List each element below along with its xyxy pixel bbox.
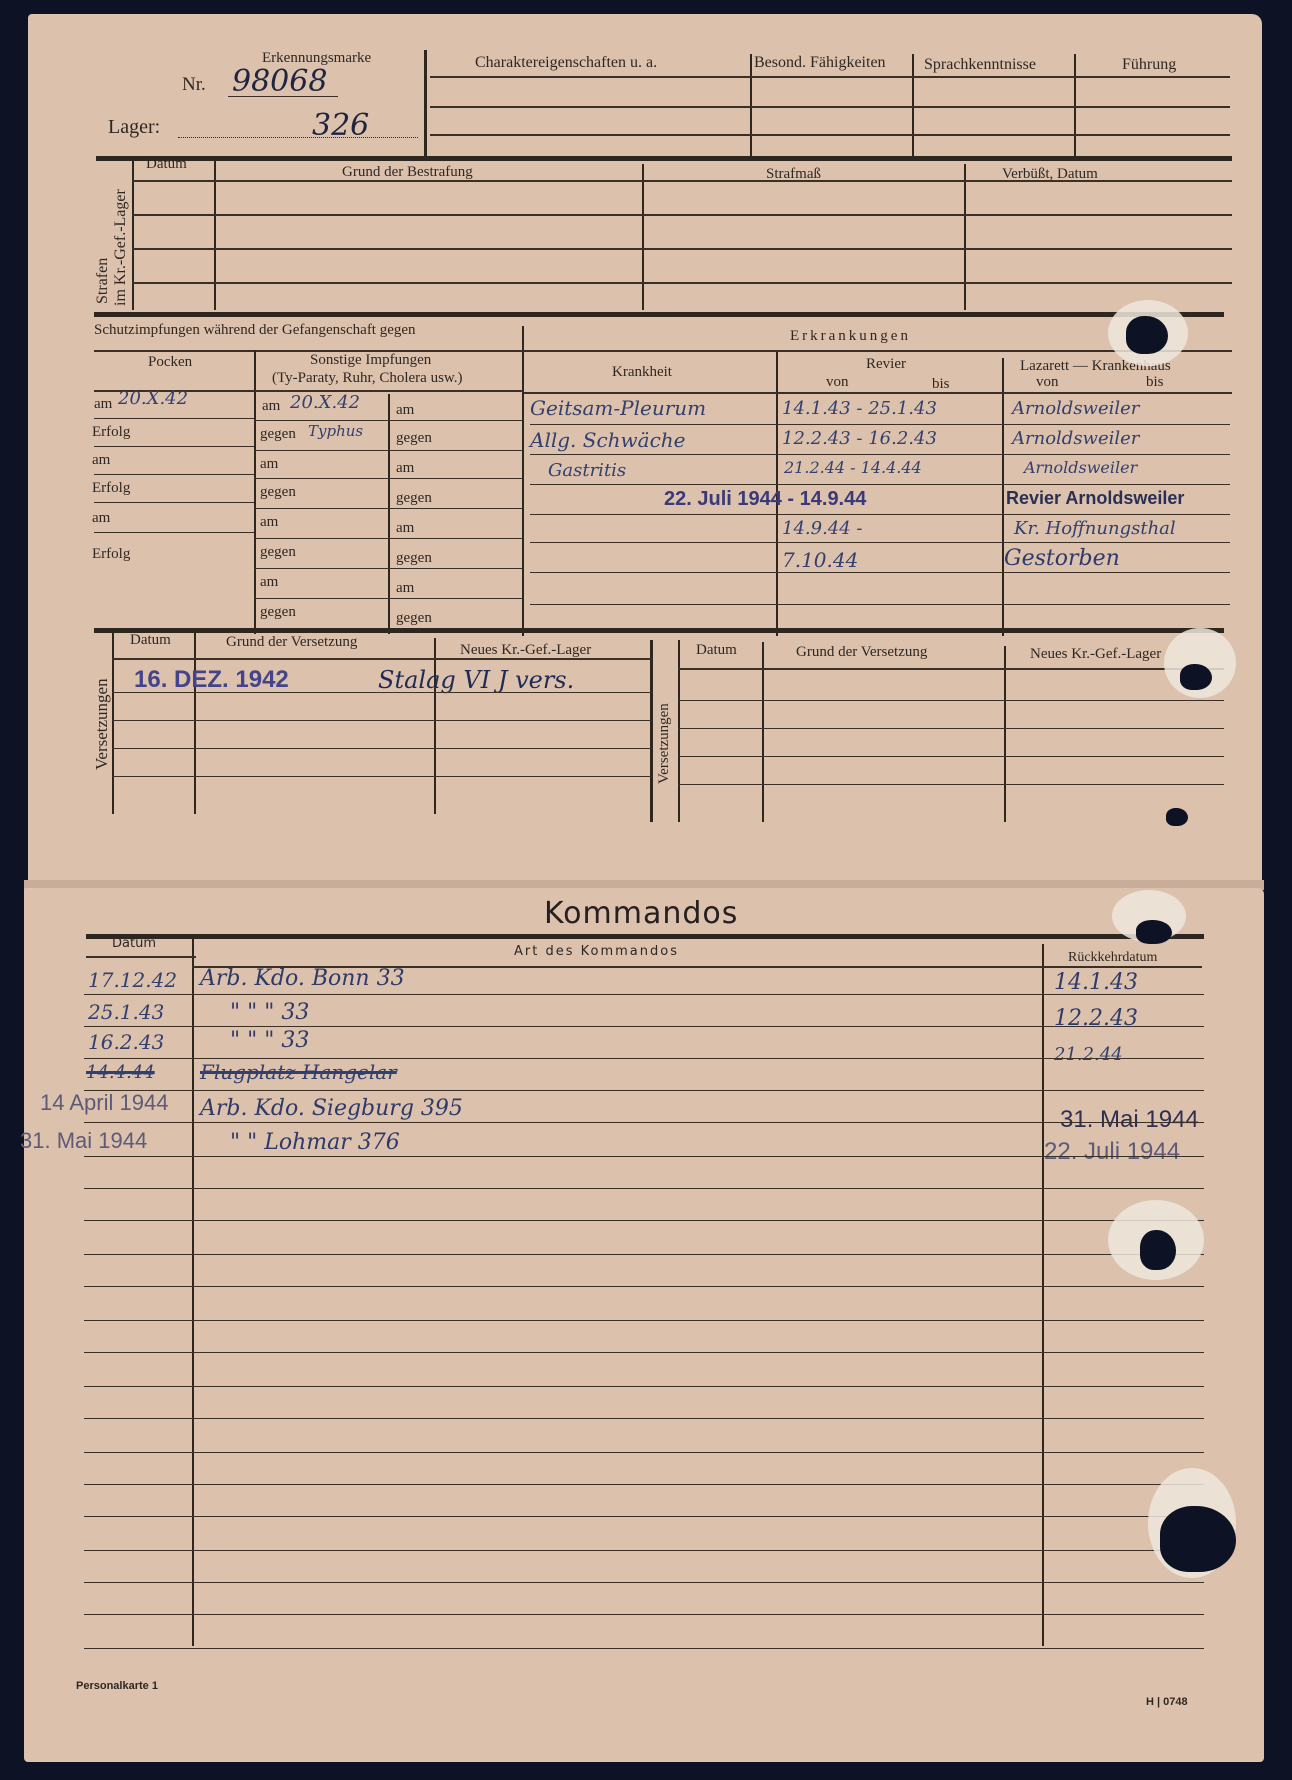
rule — [678, 668, 1224, 670]
rule — [84, 1516, 1204, 1517]
punch-hole — [1180, 664, 1212, 690]
footer-personalkarte: Personalkarte 1 — [76, 1680, 158, 1692]
rule — [84, 1418, 1204, 1419]
kommando-2-datum: 25.1.43 — [88, 1000, 164, 1024]
col-faehigkeiten: Besond. Fähigkeiten — [754, 54, 886, 72]
kommando-5-rueckkehr-stamp: 31. Mai 1944 — [1060, 1106, 1199, 1134]
rule — [530, 424, 1230, 425]
pocken-am-3: am — [92, 510, 110, 527]
vers-right-grund: Grund der Versetzung — [796, 644, 927, 661]
col-fuehrung: Führung — [1122, 56, 1176, 74]
punch-hole — [1160, 1506, 1236, 1572]
vers-left-grund: Grund der Versetzung — [226, 634, 357, 651]
strafen-col-datum: Datum — [146, 156, 187, 173]
col-charakter: Charaktereigenschaften u. a. — [475, 54, 657, 72]
nr-value: 98068 — [232, 64, 327, 99]
sonstige1-am-4: am — [260, 574, 278, 591]
col-divider — [642, 164, 644, 310]
kommando-1-art: Arb. Kdo. Bonn 33 — [200, 966, 405, 991]
kommando-6-rueckkehr-stamp: 22. Juli 1944 — [1044, 1138, 1180, 1166]
rule — [84, 1254, 1204, 1255]
col-divider — [1004, 646, 1006, 822]
rule — [84, 1320, 1204, 1321]
krankheit-1: Geitsam-Pleurum — [530, 396, 706, 420]
rule — [254, 450, 522, 451]
rule — [84, 994, 1204, 995]
rule — [84, 1026, 1204, 1027]
vers-left-datum: Datum — [130, 632, 171, 649]
punch-hole — [1140, 1230, 1176, 1270]
versetzungen-side-right: Versetzungen — [656, 703, 673, 784]
sonstige1-am-3: am — [260, 514, 278, 531]
vers-left-datum-value: 16. DEZ. 1942 — [134, 666, 289, 694]
revier-6: 7.10.44 — [782, 548, 858, 572]
rule — [254, 538, 522, 539]
rule — [430, 106, 1230, 108]
col-sprachkenntnisse: Sprachkenntnisse — [924, 56, 1036, 74]
lager-dotted-line — [178, 137, 418, 138]
rule — [94, 532, 254, 533]
rule — [84, 1352, 1204, 1353]
nr-label: Nr. — [182, 74, 206, 96]
lager-label: Lager: — [108, 116, 160, 139]
rule — [530, 572, 1230, 573]
col-divider — [650, 640, 653, 822]
rule — [530, 484, 1230, 485]
col-divider — [214, 160, 216, 310]
strafen-side-label-2: im Kr.-Gef.-Lager — [112, 189, 130, 306]
kommandos-title: Kommandos — [544, 896, 738, 931]
lazarett-5: Kr. Hoffnungsthal — [1014, 518, 1176, 539]
pocken-am-1-value: 20.X.42 — [118, 388, 188, 409]
rule — [94, 350, 524, 352]
rule — [530, 514, 1230, 515]
col-divider — [964, 164, 966, 310]
rule — [94, 418, 254, 419]
rule — [84, 1386, 1204, 1387]
nr-underline — [228, 96, 338, 97]
rule — [530, 604, 1230, 605]
rule — [94, 446, 254, 447]
lazarett-3: Arnoldsweiler — [1024, 458, 1137, 477]
revier-4-stamp: 22. Juli 1944 - 14.9.44 — [664, 488, 866, 511]
rule — [84, 1188, 1204, 1189]
rule — [84, 1452, 1204, 1453]
sonstige1-am-1-value: 20.X.42 — [290, 392, 360, 413]
kommandos-art-header: Art des Kommandos — [514, 944, 679, 959]
rule — [430, 76, 1230, 78]
sonstige2-am-1: am — [396, 402, 414, 419]
revier-5: 14.9.44 - — [782, 518, 863, 539]
col-divider — [132, 160, 134, 310]
rule — [84, 1220, 1204, 1221]
lazarett-4-stamp: Revier Arnoldsweiler — [1006, 488, 1184, 509]
kommando-3-rueckkehr: 21.2.44 — [1054, 1044, 1123, 1065]
col-divider — [522, 326, 524, 636]
rule — [254, 508, 522, 509]
section-rule — [96, 156, 1232, 161]
rule — [84, 1614, 1204, 1615]
col-divider — [254, 350, 256, 634]
rule — [84, 1090, 1204, 1091]
kommando-4-datum-struck: 14.4.44 — [86, 1062, 155, 1083]
punch-hole — [1166, 808, 1188, 826]
punch-hole — [1136, 920, 1172, 944]
lazarett-bis: bis — [1146, 374, 1164, 391]
col-divider — [1074, 54, 1076, 156]
rule — [132, 180, 1232, 182]
rule — [254, 568, 522, 569]
sonstige2-gegen-3: gegen — [396, 550, 432, 567]
revier-header: Revier — [866, 356, 906, 373]
rule — [678, 700, 1224, 701]
section-rule — [94, 312, 1224, 317]
kommando-3-art: " " " 33 — [230, 1028, 309, 1053]
revier-von: von — [826, 374, 849, 391]
sonstige1-gegen-3: gegen — [260, 544, 296, 561]
col-divider — [192, 936, 194, 1646]
rule — [112, 658, 652, 660]
vers-left-lager-value: Stalag VI J vers. — [378, 666, 574, 694]
kommando-1-datum: 17.12.42 — [88, 968, 177, 992]
lager-value: 326 — [312, 108, 369, 143]
header-divider — [424, 50, 427, 156]
revier-2: 12.2.43 - 16.2.43 — [782, 428, 937, 449]
kommandos-datum-header: Datum — [112, 936, 156, 951]
col-divider — [750, 54, 752, 156]
sonstige1-gegen-2: gegen — [260, 484, 296, 501]
rule — [84, 1122, 1204, 1123]
rule — [524, 392, 1232, 394]
kommando-2-art: " " " 33 — [230, 1000, 309, 1025]
kommando-4-art-struck: Flugplatz Hangelar — [200, 1060, 397, 1084]
rule — [530, 542, 1230, 543]
kommando-6-datum-stamp: 31. Mai 1944 — [20, 1128, 147, 1154]
col-divider — [1002, 358, 1004, 636]
rule — [112, 748, 652, 749]
rule — [84, 1648, 1204, 1649]
pocken-erfolg-3: Erfolg — [92, 546, 130, 563]
vers-right-lager: Neues Kr.-Gef.-Lager — [1030, 646, 1161, 663]
sonstige2-am-2: am — [396, 460, 414, 477]
sonstige1-am-2: am — [260, 456, 278, 473]
rule — [678, 756, 1224, 757]
pocken-header: Pocken — [148, 354, 192, 371]
rule — [94, 502, 254, 503]
rule — [84, 1550, 1204, 1551]
rule — [84, 1058, 1204, 1059]
krankheit-header: Krankheit — [612, 364, 672, 381]
sonstige2-gegen-1: gegen — [396, 430, 432, 447]
rule — [430, 134, 1230, 136]
rule — [84, 1156, 1204, 1157]
pocken-am-2: am — [92, 452, 110, 469]
rule — [112, 692, 652, 693]
revier-3: 21.2.44 - 14.4.44 — [784, 458, 922, 477]
lazarett-1: Arnoldsweiler — [1012, 398, 1139, 419]
revier-1: 14.1.43 - 25.1.43 — [782, 398, 937, 419]
sonstige2-am-3: am — [396, 520, 414, 537]
krankheit-3: Gastritis — [548, 460, 626, 481]
rule — [678, 784, 1224, 785]
sonstige1-gegen-1: gegen — [260, 426, 296, 443]
pocken-am-1: am — [94, 396, 112, 413]
revier-bis: bis — [932, 376, 950, 393]
rule — [254, 478, 522, 479]
punch-hole — [1126, 316, 1168, 354]
sonstige1-gegen-4: gegen — [260, 604, 296, 621]
lazarett-6: Gestorben — [1004, 546, 1120, 571]
section-rule — [94, 628, 1224, 633]
rule — [132, 282, 1232, 284]
kommando-6-art: " " Lohmar 376 — [230, 1130, 400, 1155]
kommando-5-datum-stamp: 14 April 1944 — [40, 1090, 168, 1116]
versetzungen-side-left: Versetzungen — [92, 678, 112, 770]
sonstige-header-2: (Ty-Paraty, Ruhr, Cholera usw.) — [272, 370, 463, 387]
strafen-side-label-1: Strafen — [94, 258, 112, 304]
krankheit-2: Allg. Schwäche — [530, 428, 686, 452]
impfungen-title: Schutzimpfungen während der Gefangenscha… — [94, 322, 416, 339]
rule — [84, 1582, 1204, 1583]
pocken-erfolg-2: Erfolg — [92, 480, 130, 497]
pocken-erfolg-1: Erfolg — [92, 424, 130, 441]
rule — [84, 1286, 1204, 1287]
vers-right-datum: Datum — [696, 642, 737, 659]
rule — [132, 214, 1232, 216]
kommando-1-rueckkehr: 14.1.43 — [1054, 970, 1138, 995]
sonstige-header-1: Sonstige Impfungen — [310, 352, 431, 369]
footer-form-number: H | 0748 — [1146, 1696, 1188, 1708]
rule — [94, 474, 254, 475]
rule — [254, 420, 522, 421]
sonstige1-gegen-1-value: Typhus — [308, 422, 363, 440]
section-rule — [86, 934, 1204, 939]
lazarett-von: von — [1036, 374, 1059, 391]
sonstige2-gegen-2: gegen — [396, 490, 432, 507]
erkrankungen-title: Erkrankungen — [790, 328, 911, 345]
col-divider — [912, 54, 914, 156]
col-divider — [434, 638, 436, 814]
rule — [112, 776, 652, 777]
strafen-col-grund: Grund der Bestrafung — [342, 164, 473, 181]
kommando-5-art: Arb. Kdo. Siegburg 395 — [200, 1096, 463, 1121]
lazarett-2: Arnoldsweiler — [1012, 428, 1139, 449]
rule — [86, 956, 196, 958]
sonstige1-am-1: am — [262, 398, 280, 415]
kommando-2-rueckkehr: 12.2.43 — [1054, 1006, 1138, 1031]
rule — [254, 598, 522, 599]
rule — [132, 248, 1232, 250]
kommando-3-datum: 16.2.43 — [88, 1030, 164, 1054]
col-divider — [1042, 944, 1044, 1646]
sonstige2-gegen-4: gegen — [396, 610, 432, 627]
rule — [84, 1484, 1204, 1485]
rule — [530, 454, 1230, 455]
kommandos-rueckkehr-header: Rückkehrdatum — [1068, 950, 1157, 966]
vers-left-lager: Neues Kr.-Gef.-Lager — [460, 642, 591, 659]
sonstige2-am-4: am — [396, 580, 414, 597]
rule — [678, 728, 1224, 729]
rule — [112, 720, 652, 721]
